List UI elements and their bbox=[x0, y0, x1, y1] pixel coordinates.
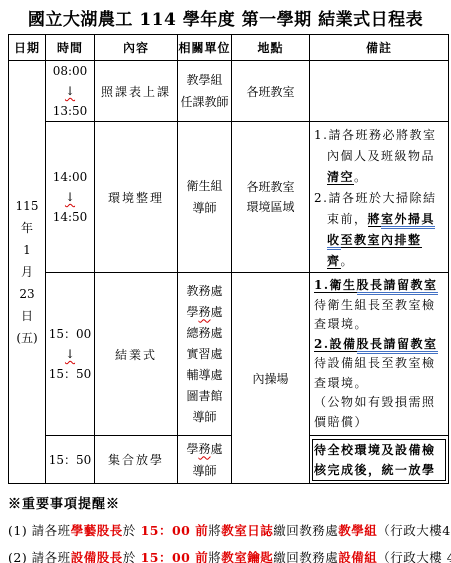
remark-text: 1.請各班務必將教室內個人及班級物品 bbox=[314, 128, 436, 163]
location-cell-row1: 各班教室 bbox=[232, 61, 310, 122]
col-header-unit: 相關單位 bbox=[178, 35, 232, 61]
note-segment: 於 bbox=[123, 550, 136, 563]
remark-bold-blue-underline: 股長請留教室 bbox=[357, 337, 438, 354]
location-cell-row2: 各班教室 環境區域 bbox=[232, 122, 310, 273]
time-end: 15：50 bbox=[46, 364, 94, 384]
schedule-table: 日期 時間 內容 相關單位 地點 備註 115 年 1 月 23 日 (五) 0… bbox=[8, 34, 449, 484]
unit-line: 教務處 bbox=[178, 281, 231, 302]
time-cell-row3: 15：00 ↓ 15：50 bbox=[46, 273, 95, 436]
date-line: 日 bbox=[9, 305, 45, 327]
unit-cell-row4: 學務處 導師 bbox=[178, 436, 232, 484]
col-header-location: 地點 bbox=[232, 35, 310, 61]
spellcheck-wavy-char: 務 bbox=[198, 442, 210, 456]
location-cell-row3-4: 內操場 bbox=[232, 273, 310, 484]
unit-line: 導師 bbox=[178, 407, 231, 428]
row-closing-ceremony: 15：00 ↓ 15：50 結業式 教務處 學務處 總務處 實習處 輔導處 圖書… bbox=[9, 273, 449, 436]
note-segment: （行政大樓 4 樓） bbox=[377, 550, 451, 563]
note-segment: （行政大樓4樓） bbox=[377, 523, 451, 538]
time-start: 08:00 bbox=[46, 61, 94, 81]
remark-bold-underline: 將 bbox=[368, 212, 382, 227]
remark-item-2: 2.請各班於大掃除結束前，將室外掃具收至教室內排整齊。 bbox=[314, 188, 445, 272]
unit-line: 導師 bbox=[178, 460, 231, 482]
time-end: 14:50 bbox=[46, 207, 94, 227]
unit-line: 教學組 bbox=[178, 69, 231, 91]
col-header-date: 日期 bbox=[9, 35, 46, 61]
note-segment-red: 15：00 前 bbox=[136, 523, 209, 538]
row-dismissal: 15：50 集合放學 學務處 導師 待全校環境及設備檢核完成後，統一放學 bbox=[9, 436, 449, 484]
unit-text: 學 bbox=[186, 305, 198, 319]
important-note-1: (1) 請各班學藝股長於 15：00 前將教室日誌繳回教務處教學組（行政大樓4樓… bbox=[8, 521, 451, 539]
unit-text: 學 bbox=[186, 442, 198, 456]
note-segment: 將 bbox=[208, 523, 221, 538]
col-header-content: 內容 bbox=[95, 35, 178, 61]
unit-line-misspelled: 學務處 bbox=[178, 438, 231, 460]
unit-line-misspelled: 學務處 bbox=[178, 302, 231, 323]
down-arrow-icon: ↓ bbox=[65, 187, 75, 207]
note-segment-red: 設備組 bbox=[338, 550, 377, 563]
header-row: 日期 時間 內容 相關單位 地點 備註 bbox=[9, 35, 449, 61]
note-segment: 於 bbox=[123, 523, 136, 538]
down-arrow-icon: ↓ bbox=[65, 81, 75, 101]
date-line: 23 bbox=[9, 283, 45, 305]
unit-text: 處 bbox=[211, 305, 223, 319]
date-line: 月 bbox=[9, 261, 45, 283]
row-cleaning: 14:00 ↓ 14:50 環境整理 衛生組 導師 各班教室 環境區域 1.請各… bbox=[9, 122, 449, 273]
unit-cell-row1: 教學組 任課教師 bbox=[178, 61, 232, 122]
note-segment-red: 設備股長 bbox=[71, 550, 123, 563]
unit-cell-row3: 教務處 學務處 總務處 實習處 輔導處 圖書館 導師 bbox=[178, 273, 232, 436]
remark-cell-row4: 待全校環境及設備檢核完成後，統一放學 bbox=[310, 436, 449, 484]
col-header-remark: 備註 bbox=[310, 35, 449, 61]
time-cell-row2: 14:00 ↓ 14:50 bbox=[46, 122, 95, 273]
time-end: 13:50 bbox=[46, 101, 94, 121]
unit-line: 導師 bbox=[178, 197, 231, 219]
remark-item-1: 1.請各班務必將教室內個人及班級物品清空。 bbox=[314, 125, 445, 188]
remark-text: 待設備組長至教室檢查環境。 bbox=[314, 356, 436, 390]
remark-text: 待衛生組長至教室檢查環境。 bbox=[314, 298, 436, 332]
note-segment: (2) 請各班 bbox=[8, 550, 71, 563]
remark-cell-row2: 1.請各班務必將教室內個人及班級物品清空。 2.請各班於大掃除結束前，將室外掃具… bbox=[310, 122, 449, 273]
time-single: 15：50 bbox=[46, 450, 94, 470]
content-cell-row1: 照課表上課 bbox=[95, 61, 178, 122]
remark-text: 。 bbox=[341, 254, 355, 268]
remark-bold-underline: 2.設備 bbox=[314, 337, 357, 352]
important-note-2: (2) 請各班設備股長於 15：00 前將教室鑰匙繳回教務處設備組（行政大樓 4… bbox=[8, 548, 451, 563]
time-start: 14:00 bbox=[46, 167, 94, 187]
col-header-time: 時間 bbox=[46, 35, 95, 61]
content-cell-row3: 結業式 bbox=[95, 273, 178, 436]
remark-bold-blue-underline: 股長請留教室 bbox=[357, 278, 438, 295]
down-arrow-icon: ↓ bbox=[65, 344, 75, 364]
unit-line: 輔導處 bbox=[178, 365, 231, 386]
time-start: 15：00 bbox=[46, 324, 94, 344]
unit-line: 圖書館 bbox=[178, 386, 231, 407]
date-line: 年 bbox=[9, 217, 45, 239]
note-segment: 繳回教務處 bbox=[273, 523, 338, 538]
time-cell-row1: 08:00 ↓ 13:50 bbox=[46, 61, 95, 122]
footer-reminders: ※重要事項提醒※ (1) 請各班學藝股長於 15：00 前將教室日誌繳回教務處教… bbox=[8, 493, 451, 563]
date-line: (五) bbox=[9, 327, 45, 349]
time-cell-row4: 15：50 bbox=[46, 436, 95, 484]
remark-bold-underline: 1.衛生 bbox=[314, 278, 357, 293]
note-segment-red: 教學組 bbox=[338, 523, 377, 538]
remark-text: 。 bbox=[354, 170, 368, 184]
remark-item-3: （公物如有毀損需照價賠償） bbox=[314, 393, 445, 432]
unit-text: 處 bbox=[211, 442, 223, 456]
unit-line: 實習處 bbox=[178, 344, 231, 365]
note-segment-red: 教室日誌 bbox=[221, 523, 273, 538]
date-line: 1 bbox=[9, 239, 45, 261]
note-segment: (1) 請各班 bbox=[8, 523, 71, 538]
content-cell-row4: 集合放學 bbox=[95, 436, 178, 484]
date-line: 115 bbox=[9, 195, 45, 217]
reminder-heading: ※重要事項提醒※ bbox=[8, 493, 451, 512]
date-cell: 115 年 1 月 23 日 (五) bbox=[9, 61, 46, 484]
page-title: 國立大湖農工 114 學年度 第一學期 結業式日程表 bbox=[0, 0, 451, 30]
location-line: 各班教室 bbox=[232, 177, 309, 197]
document-page: 國立大湖農工 114 學年度 第一學期 結業式日程表 日期 時間 內容 相關單位… bbox=[0, 0, 451, 563]
remark-item-1: 1.衛生股長請留教室待衛生組長至教室檢查環境。 bbox=[314, 276, 445, 335]
unit-line: 總務處 bbox=[178, 323, 231, 344]
note-segment-red: 教室鑰匙 bbox=[221, 550, 273, 563]
unit-line: 衛生組 bbox=[178, 175, 231, 197]
row-class-period: 115 年 1 月 23 日 (五) 08:00 ↓ 13:50 照課表上課 教… bbox=[9, 61, 449, 122]
unit-line: 任課教師 bbox=[178, 91, 231, 113]
remark-item-2: 2.設備股長請留教室待設備組長至教室檢查環境。 bbox=[314, 335, 445, 394]
remark-cell-row1-empty bbox=[310, 61, 449, 122]
boxed-remark: 待全校環境及設備檢核完成後，統一放學 bbox=[312, 439, 446, 481]
location-line: 環境區域 bbox=[232, 197, 309, 217]
remark-cell-row3: 1.衛生股長請留教室待衛生組長至教室檢查環境。 2.設備股長請留教室待設備組長至… bbox=[310, 273, 449, 436]
content-cell-row2: 環境整理 bbox=[95, 122, 178, 273]
unit-cell-row2: 衛生組 導師 bbox=[178, 122, 232, 273]
note-segment-red: 學藝股長 bbox=[71, 523, 123, 538]
remark-bold-underline: 清空 bbox=[327, 170, 354, 185]
note-segment: 將 bbox=[208, 550, 221, 563]
spellcheck-wavy-char: 務 bbox=[198, 305, 210, 319]
note-segment: 繳回教務處 bbox=[273, 550, 338, 563]
note-segment-red: 15：00 前 bbox=[136, 550, 209, 563]
